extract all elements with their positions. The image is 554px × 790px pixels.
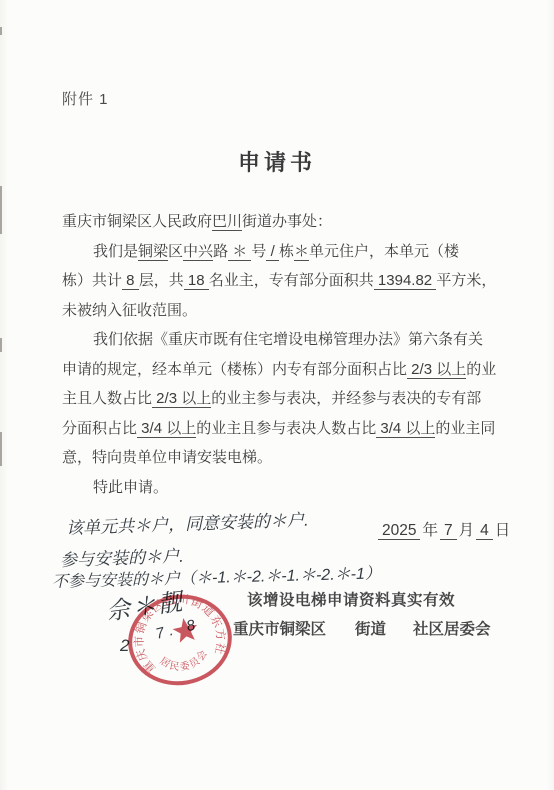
body-text-segment: 分面积占比 bbox=[62, 420, 137, 437]
date-day: 4 bbox=[476, 522, 493, 540]
body-line: 栋）共计 8 层，共 18 名业主，专有部分面积共 1394.82 平方米， bbox=[62, 266, 514, 296]
body-text-segment: 的业 bbox=[466, 361, 496, 378]
body-text-segment: 街道办事处： bbox=[242, 213, 332, 230]
body-line: 我们依据《重庆市既有住宅增设电梯管理办法》第六条有关 bbox=[62, 325, 514, 355]
body-line: 意，特向贵单位申请安装电梯。 bbox=[62, 443, 514, 473]
body-text-segment: 未被纳入征收范围。 bbox=[62, 302, 197, 319]
filled-blank-value: 8 bbox=[122, 272, 139, 290]
seal-bottom-text: 居民委员会 bbox=[156, 645, 213, 677]
seal-star-icon bbox=[171, 616, 200, 643]
body-text-segment: 的业主参与表决，并经参与表决的专有部 bbox=[211, 390, 481, 407]
body-line: 主且人数占比 2/3 以上的业主参与表决，并经参与表决的专有部 bbox=[62, 384, 514, 414]
body-text-segment: 申请的规定，经本单元（楼栋）内专有部分面积占比 bbox=[62, 361, 407, 378]
body-text-segment: 我们是 bbox=[93, 243, 138, 260]
body-text-segment: 单元住户，本单元（楼 bbox=[309, 243, 459, 260]
body-text-segment: 栋 bbox=[279, 243, 294, 260]
scan-artifact bbox=[0, 186, 2, 234]
committee-street: 街道 bbox=[355, 621, 386, 638]
date-month: 7 bbox=[440, 522, 457, 540]
scan-artifact bbox=[0, 338, 2, 352]
filled-blank-value: 铜梁 bbox=[138, 243, 168, 261]
scanned-application-document: 附件 1 申请书 重庆市铜梁区人民政府巴川街道办事处：我们是铜梁区中兴路 ＊ 号… bbox=[0, 0, 554, 790]
attachment-label: 附件 1 bbox=[62, 88, 109, 109]
body-text-segment: 路 bbox=[213, 243, 228, 260]
verification-statement: 该增设电梯申请资料真实有效 bbox=[247, 588, 455, 610]
filled-blank-value: 2/3 以上 bbox=[152, 390, 211, 408]
body-text-segment: 重庆市铜梁区人民政府 bbox=[62, 213, 212, 230]
date-line: 2025年7月4日 bbox=[378, 518, 512, 540]
body-text-segment: 我们依据《重庆市既有住宅增设电梯管理办法》第六条有关 bbox=[93, 331, 483, 348]
filled-blank-value: 3/4 以上 bbox=[137, 420, 196, 438]
body-text-segment: 栋）共计 bbox=[62, 272, 122, 289]
filled-blank-value: ＊ bbox=[228, 243, 251, 261]
committee-district: 重庆市铜梁区 bbox=[233, 621, 326, 638]
filled-blank-value: 3/4 以上 bbox=[376, 420, 435, 438]
date-year-label: 年 bbox=[422, 522, 438, 539]
body-text-segment: 的业主且参与表决人数占比 bbox=[196, 420, 376, 437]
body-text-segment: 号 bbox=[251, 243, 266, 260]
scan-artifact bbox=[0, 432, 2, 466]
body-text-segment: 层，共 bbox=[139, 272, 184, 289]
body-text-segment: 平方米， bbox=[436, 272, 496, 289]
filled-blank-value: ＊ bbox=[294, 243, 309, 261]
filled-blank-value: 巴川 bbox=[212, 213, 242, 231]
body-text-segment: 意，特向贵单位申请安装电梯。 bbox=[62, 449, 272, 466]
body-text-segment: 名业主，专有部分面积共 bbox=[209, 272, 374, 289]
official-seal-stamp: 重庆市铜梁区巴川街道东方社区 居民委员会 bbox=[114, 584, 246, 696]
body-text-segment: 的业主同 bbox=[435, 420, 495, 437]
body-text-segment: 主且人数占比 bbox=[62, 390, 152, 407]
date-day-label: 日 bbox=[495, 522, 511, 539]
committee-signature-line: 重庆市铜梁区街道社区居委会 bbox=[233, 617, 491, 639]
document-title: 申请书 bbox=[0, 146, 554, 177]
body-line: 我们是铜梁区中兴路 ＊ 号 / 栋＊单元住户，本单元（楼 bbox=[62, 237, 514, 267]
body-line: 特此申请。 bbox=[62, 473, 514, 503]
body-text-segment: 特此申请。 bbox=[93, 479, 168, 496]
body-text-segment: 区 bbox=[168, 243, 183, 260]
date-year: 2025 bbox=[378, 522, 420, 540]
filled-blank-value: 中兴 bbox=[183, 243, 213, 261]
filled-blank-value: 18 bbox=[184, 272, 209, 290]
committee-name: 社区居委会 bbox=[413, 621, 491, 638]
date-month-label: 月 bbox=[459, 522, 475, 539]
handwritten-note-households: 该单元共＊户，同意安装的＊户. bbox=[66, 506, 309, 539]
svg-text:居民委员会: 居民委员会 bbox=[156, 645, 213, 677]
document-body: 重庆市铜梁区人民政府巴川街道办事处：我们是铜梁区中兴路 ＊ 号 / 栋＊单元住户… bbox=[62, 207, 514, 502]
filled-blank-value: 2/3 以上 bbox=[407, 361, 466, 379]
filled-blank-value: / bbox=[266, 243, 279, 261]
body-line: 申请的规定，经本单元（楼栋）内专有部分面积占比 2/3 以上的业 bbox=[62, 355, 514, 385]
body-line: 重庆市铜梁区人民政府巴川街道办事处： bbox=[62, 207, 514, 237]
filled-blank-value: 1394.82 bbox=[374, 272, 437, 290]
body-line: 分面积占比 3/4 以上的业主且参与表决人数占比 3/4 以上的业主同 bbox=[62, 414, 514, 444]
scan-artifact bbox=[0, 27, 2, 35]
body-line: 未被纳入征收范围。 bbox=[62, 296, 514, 326]
